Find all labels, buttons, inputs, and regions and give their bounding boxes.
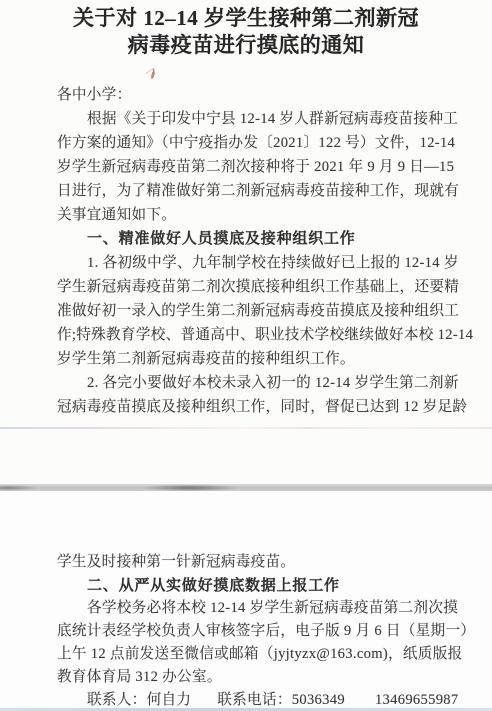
item-1-line: 岁学生第二剂新冠病毒疫苗的接种组织工作。	[57, 347, 449, 371]
continuation-line: 学生及时接种第一针新冠病毒疫苗。	[57, 551, 449, 574]
para-1-line: 根据《关于印发中宁县 12-14 岁人群新冠病毒疫苗接种工	[57, 107, 449, 131]
document-title: 关于对 12–14 岁学生接种第二剂新冠 病毒疫苗进行摸底的通知	[0, 5, 492, 59]
para-1-line: 岁学生新冠病毒疫苗第二剂次接种将于 2021 年 9 月 9 日—15	[57, 155, 449, 179]
salutation: 各中小学：	[57, 83, 449, 107]
para-2-line: 各学校务必将本校 12-14 岁学生新冠病毒疫苗第二剂次摸	[57, 597, 449, 620]
page-scan-divider	[0, 484, 492, 491]
para-2-line: 底统计表经学校负责人审核签字后，电子版 9 月 6 日（星期一）	[57, 620, 449, 643]
item-2-line: 冠病毒疫苗摸底及接种组织工作，同时，督促已达到 12 岁足龄	[57, 395, 449, 419]
scan-streak-artifact	[0, 427, 492, 429]
item-1-line: 1. 各初级中学、九年制学校在持续做好已上报的 12-14 岁	[57, 251, 449, 275]
red-pen-mark	[143, 65, 163, 85]
section-1-heading: 一、精准做好人员摸底及接种组织工作	[57, 227, 449, 251]
section-2-heading: 二、从严从实做好摸底数据上报工作	[57, 574, 449, 597]
page-1-body: 各中小学： 根据《关于印发中宁县 12-14 岁人群新冠病毒疫苗接种工 作方案的…	[57, 83, 449, 419]
page-2-body: 学生及时接种第一针新冠病毒疫苗。 二、从严从实做好摸底数据上报工作 各学校务必将…	[57, 551, 449, 711]
document-title-line-2: 病毒疫苗进行摸底的通知	[0, 32, 492, 59]
para-1-line: 作方案的通知》（中宁疫指办发〔2021〕122 号）文件，12-14	[57, 131, 449, 155]
scanned-notice-document: 关于对 12–14 岁学生接种第二剂新冠 病毒疫苗进行摸底的通知 各中小学： 根…	[0, 0, 492, 711]
phone-mobile: 13469655987	[375, 692, 459, 708]
phone-label: 联系电话：	[217, 692, 291, 708]
contact-label: 联系人：	[87, 692, 147, 708]
contact-name: 何自力	[147, 692, 192, 708]
item-1-line: 学生新冠病毒疫苗第二剂次摸底接种组织工作基础上，还要精	[57, 275, 449, 299]
item-1-line: 作;特殊教育学校、普通高中、职业技术学校继续做好本校 12-14	[57, 323, 449, 347]
item-2-line: 2. 各完小要做好本校未录入初一的 12-14 岁学生第二剂新	[57, 371, 449, 395]
para-2-line: 教育体育局 312 办公室。	[57, 666, 449, 689]
para-1-line: 日进行，为了精准做好第二剂新冠病毒疫苗接种工作，现就有	[57, 179, 449, 203]
document-title-line-1: 关于对 12–14 岁学生接种第二剂新冠	[0, 5, 492, 32]
para-1-line: 关事宜通知如下。	[57, 203, 449, 227]
phone-office: 5036349	[292, 692, 345, 708]
para-2-line: 上午 12 点前发送至微信或邮箱（jyjtyzx@163.com)，纸质版报	[57, 643, 449, 666]
item-1-line: 准做好初一录入的学生第二剂新冠病毒疫苗摸底及接种组织工	[57, 299, 449, 323]
